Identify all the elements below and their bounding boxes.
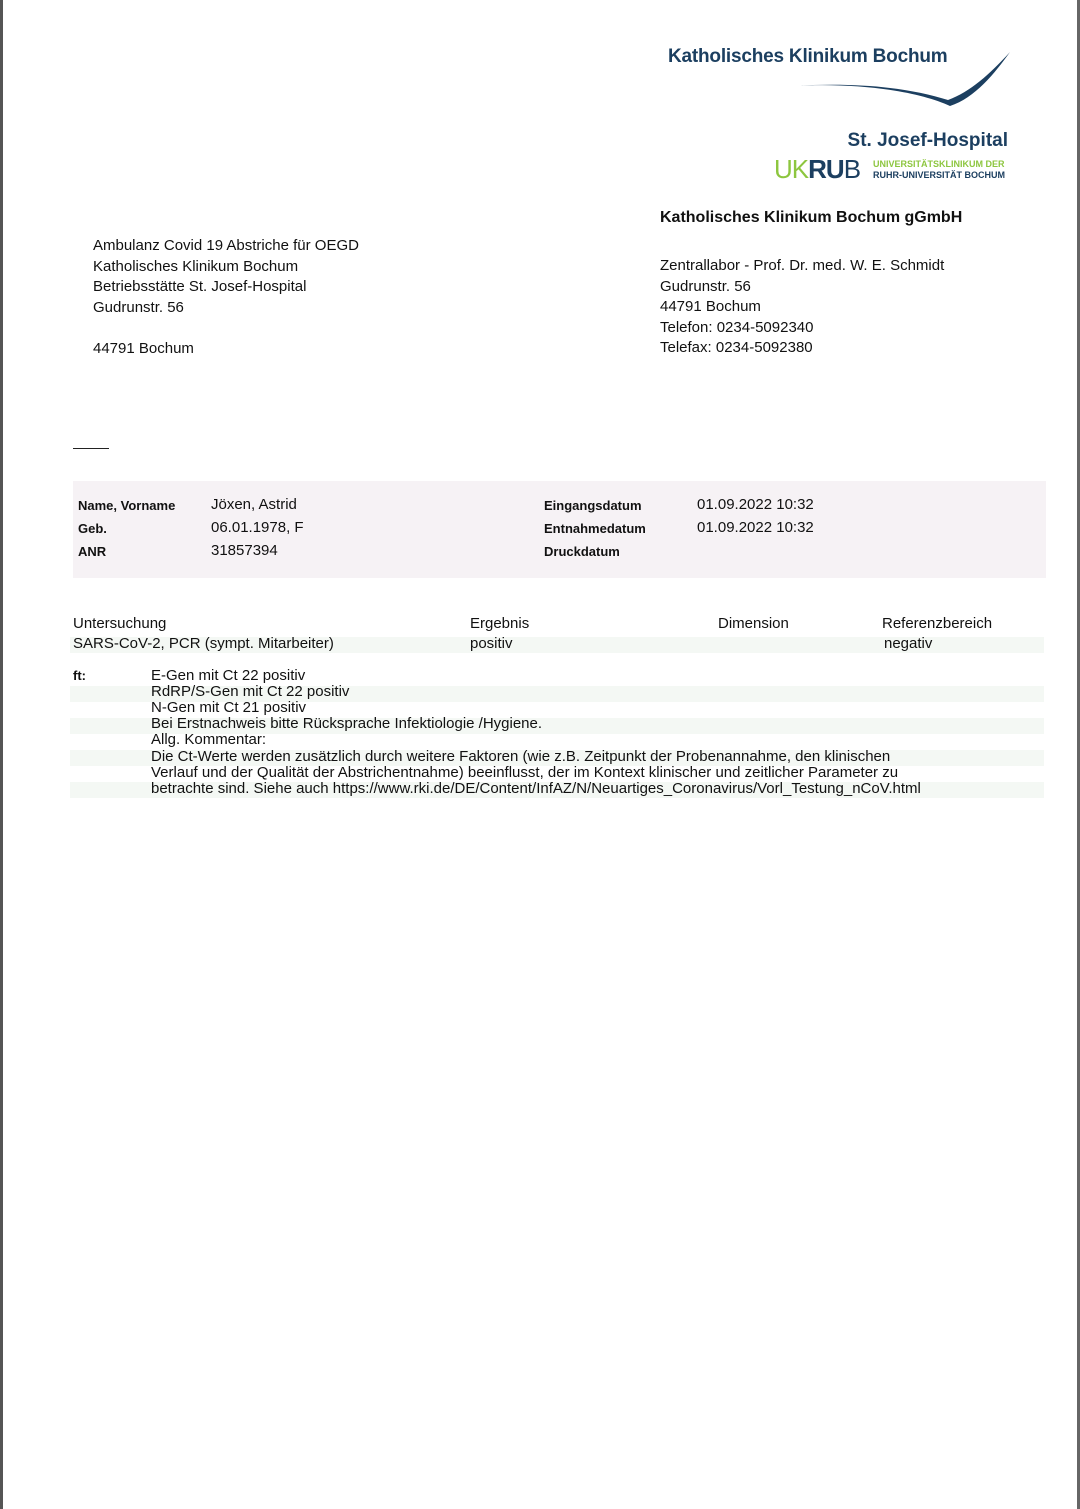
footnote-line: Allg. Kommentar: (151, 732, 266, 748)
dob-value: 06.01.1978, F (211, 519, 304, 536)
received-date-value: 01.09.2022 10:32 (697, 496, 814, 513)
cell-reference: negativ (884, 635, 932, 652)
footnote-line: N-Gen mit Ct 21 positiv (151, 700, 306, 716)
name-value: Jöxen, Astrid (211, 496, 297, 513)
page-edge-left (0, 0, 3, 1509)
column-header-test: Untersuchung (73, 615, 166, 632)
anr-value: 31857394 (211, 542, 278, 559)
logo-university-text: UNIVERSITÄTSKLINIKUM DER RUHR-UNIVERSITÄ… (873, 159, 1005, 181)
footnote-label: ft: (73, 668, 86, 683)
footnote-line: E-Gen mit Ct 22 positiv (151, 668, 305, 684)
name-label: Name, Vorname (78, 498, 175, 513)
sender-title: Katholisches Klinikum Bochum gGmbH (660, 209, 962, 227)
cell-result: positiv (470, 635, 513, 652)
sample-date-label: Entnahmedatum (544, 521, 646, 536)
recipient-address: Ambulanz Covid 19 Abstriche für OEGD Kat… (93, 236, 359, 359)
logo-hospital-name: St. Josef-Hospital (848, 130, 1008, 152)
logo-ukrub: UKRUB (774, 154, 860, 185)
dob-label: Geb. (78, 521, 107, 536)
divider-rule (73, 448, 109, 449)
footnote-line: Bei Erstnachweis bitte Rücksprache Infek… (151, 716, 542, 732)
sample-date-value: 01.09.2022 10:32 (697, 519, 814, 536)
logo-swoosh-icon (790, 48, 1012, 110)
footnote-line: Die Ct-Werte werden zusätzlich durch wei… (151, 749, 890, 765)
footnote-line-link: betrachte sind. Siehe auch https://www.r… (151, 781, 921, 797)
column-header-result: Ergebnis (470, 615, 529, 632)
print-date-label: Druckdatum (544, 544, 620, 559)
sender-address: Zentrallabor - Prof. Dr. med. W. E. Schm… (660, 256, 944, 359)
column-header-reference: Referenzbereich (882, 615, 992, 632)
footnote-line: RdRP/S-Gen mit Ct 22 positiv (151, 684, 349, 700)
received-date-label: Eingangsdatum (544, 498, 642, 513)
column-header-dimension: Dimension (718, 615, 789, 632)
cell-test: SARS-CoV-2, PCR (sympt. Mitarbeiter) (73, 635, 334, 652)
anr-label: ANR (78, 544, 106, 559)
footnote-line: Verlauf und der Qualität der Abstrichent… (151, 765, 898, 781)
